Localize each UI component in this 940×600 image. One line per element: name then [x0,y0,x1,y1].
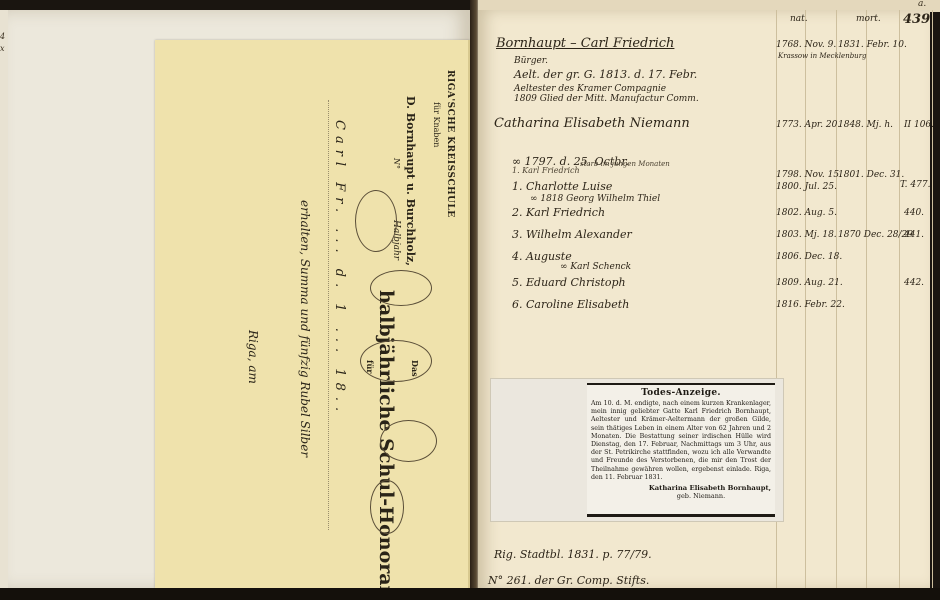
calligraphy-flourish [370,480,404,534]
calligraphy-flourish [370,270,432,306]
death-notice-signature: Katharina Elisabeth Bornhaupt, [591,484,771,492]
child-ref: T. 477. [900,180,930,190]
calligraphy-flourish [380,420,437,462]
death-notice-clipping: Todes-Anzeige. Am 10. d. M. endigte, nac… [490,378,784,522]
death-notice-title: Todes-Anzeige. [591,388,771,398]
entry-note: Bürger. [514,56,548,66]
receipt-faint-handwriting: Carl Fr. ... d. 1 ... 18.. [332,120,347,417]
receipt-dotted-line [328,100,329,530]
child-born: 1809. Aug. 21. [776,278,843,288]
book-bottom-shadow [0,588,940,600]
child-label: 1. Karl Friedrich [512,166,580,175]
footer-note: Rig. Stadtbl. 1831. p. 77/79. [494,548,652,561]
receipt-firm: D. Bornhaupt u. Burchholz, [404,96,417,266]
child-died: 1801. Dec. 31. [838,170,904,180]
child-ref: 440. [904,208,924,218]
child-note: starb im jungen Monaten [580,160,670,168]
receipt-received-line: erhalten, Summa und fünfzig Rubel Silber [298,200,312,457]
child-ref: 441. [904,230,924,240]
death-notice-body: Am 10. d. M. endigte, nach einem kurzen … [591,400,771,482]
entry-note: Aelt. der gr. G. 1813. d. 17. Febr. [514,68,697,81]
entry-died: 1831. Febr. 10. [838,40,907,50]
receipt-subheader: für Knaben [432,102,441,147]
receipt-header-stamp: RIGA'SCHE KREISSCHULE [445,70,455,218]
entry-born: 1768. Nov. 9. [776,40,836,50]
child-born: 1798. Nov. 15. [776,170,842,180]
entry-ref: II 106. [904,120,934,130]
child-born: 1806. Dec. 18. [776,252,842,262]
entry-died: 1848. Mj. h. [838,120,893,130]
column-divider [899,10,900,590]
child-label: 6. Caroline Elisabeth [512,298,629,311]
child-born: 1802. Aug. 5. [776,208,837,218]
school-fee-receipt: RIGA'SCHE KREISSCHULE für Knaben D. Born… [155,40,470,588]
column-header-born: nat. [790,14,808,24]
column-divider [932,10,933,590]
child-died: 1870 Dec. 28/29 [838,230,913,240]
entry-name: Bornhaupt – Carl Friedrich [496,36,674,51]
book-spread: 4 x RIGA'SCHE KREISSCHULE für Knaben D. … [0,0,940,600]
page-number: 439 [903,12,930,27]
receipt-place-line: Riga, am [246,330,260,384]
child-born: 1803. Mj. 18. [776,230,837,240]
entry-note: 1809 Glied der Mitt. Manufactur Comm. [514,94,699,104]
top-strip-mark: a. [918,0,926,9]
footer-note: N° 261. der Gr. Comp. Stifts. [488,574,649,587]
child-label: 2. Karl Friedrich [512,206,605,219]
child-label: 3. Wilhelm Alexander [512,228,632,241]
child-note: ∞ Karl Schenck [560,262,631,272]
receipt-number-label: N° [392,158,401,169]
child-born: 1816. Febr. 22. [776,300,845,310]
child-label: 5. Eduard Christoph [512,276,626,289]
death-notice: Todes-Anzeige. Am 10. d. M. endigte, nac… [587,383,775,517]
death-notice-signature-sub: geb. Niemann. [591,492,771,500]
calligraphy-flourish [355,190,397,252]
entry-name: Catharina Elisabeth Niemann [494,116,690,131]
entry-born: 1773. Apr. 20. [776,120,840,130]
child-label: 1. Charlotte Luise [512,180,612,193]
stub-mark: 4 [0,32,5,41]
entry-note: Aeltester des Kramer Compagnie [514,84,666,94]
stub-mark: x [0,44,5,53]
child-born: 1800. Jul. 25. [776,182,837,192]
calligraphy-flourish [360,340,432,382]
column-divider [866,10,867,590]
entry-born-place: Krassow in Mecklenburg [778,52,867,60]
child-ref: 442. [904,278,924,288]
child-note: ∞ 1818 Georg Wilhelm Thiel [530,194,660,204]
column-header-died: mort. [856,14,881,24]
